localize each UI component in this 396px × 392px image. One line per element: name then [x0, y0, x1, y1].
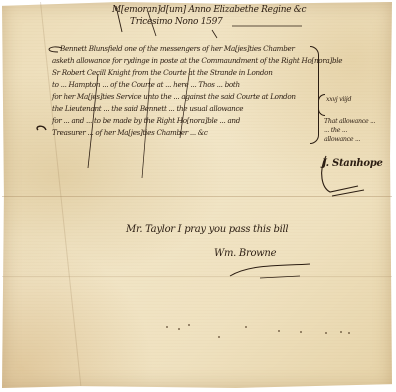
- signature-flourish-icon: [318, 152, 378, 202]
- ink-spot: [348, 332, 350, 334]
- ink-spot: [325, 332, 327, 334]
- body-bracket: [310, 46, 319, 144]
- ink-spot: [188, 324, 190, 326]
- heading-flourish-icon: [112, 4, 312, 40]
- body-flourishes-icon: [30, 38, 320, 178]
- ink-spot: [278, 330, 280, 332]
- postscript-note: Mr. Taylor I pray you pass this bill: [126, 224, 288, 235]
- ink-spot: [178, 328, 180, 330]
- postscript-flourish-icon: [220, 258, 340, 282]
- ink-spot: [300, 331, 302, 333]
- ink-spot: [166, 326, 168, 328]
- margin-amount: xxvj viijd: [326, 96, 351, 103]
- ink-spot: [245, 326, 247, 328]
- margin-note-line-3: allowance ...: [324, 136, 360, 143]
- ink-spot: [340, 331, 342, 333]
- margin-note-line-2: ... the ...: [324, 127, 347, 134]
- ink-spot: [218, 336, 220, 338]
- margin-bracket: [318, 94, 325, 116]
- margin-note-line-1: That allowance ...: [324, 118, 375, 125]
